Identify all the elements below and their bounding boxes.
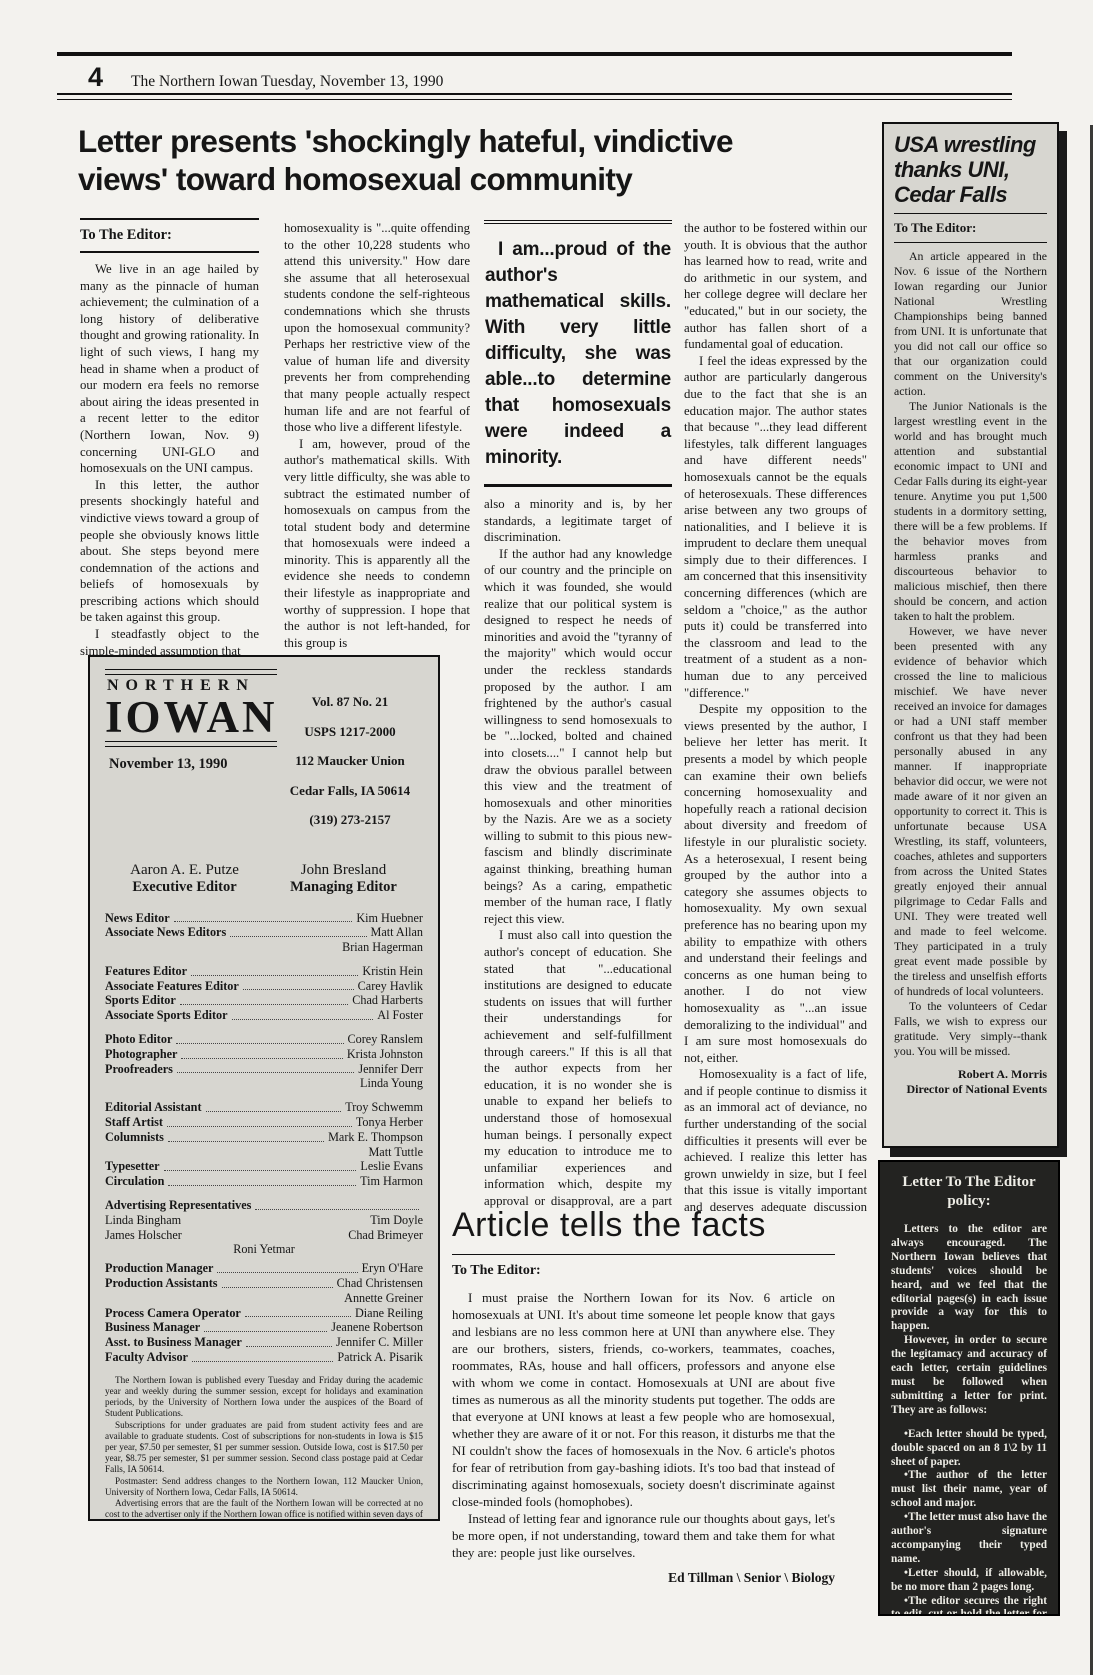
paragraph: To the volunteers of Cedar Falls, we wis… — [894, 999, 1047, 1059]
paragraph: I am, however, proud of the author's mat… — [284, 436, 470, 652]
main-headline: Letter presents 'shockingly hateful, vin… — [78, 122, 823, 198]
staff-role: Advertising Representatives — [105, 1198, 251, 1213]
staff-role: Business Manager — [105, 1320, 200, 1335]
staff-row: Linda Young — [105, 1076, 423, 1091]
policy-bullet: •The letter must also have the author's … — [891, 1511, 1047, 1567]
leader-line — [230, 936, 366, 937]
staff-name: Patrick A. Pisarik — [337, 1350, 423, 1365]
policy-title: Letter To The Editor policy: — [891, 1173, 1047, 1211]
divider — [452, 1254, 835, 1255]
leader-line — [168, 1185, 356, 1186]
staff-row: Production AssistantsChad Christensen — [105, 1276, 423, 1291]
staff-row: CirculationTim Harmon — [105, 1174, 423, 1189]
fine-print-paragraph: Postmaster: Send address changes to the … — [105, 1476, 423, 1498]
facts-letter: Article tells the facts To The Editor: I… — [452, 1206, 835, 1587]
staff-row: Matt Tuttle — [105, 1145, 423, 1160]
leader-line — [206, 1111, 342, 1112]
staff-name: Matt Allan — [371, 925, 423, 940]
staff-role: News Editor — [105, 911, 170, 926]
ad-rep-row: Linda Bingham Tim Doyle — [105, 1213, 423, 1228]
policy-bullet: •Letter should, if allowable, be no more… — [891, 1567, 1047, 1595]
letter-column-3: I am...proud of the author's mathematica… — [484, 220, 672, 1210]
fine-print-paragraph: Subscriptions for under graduates are pa… — [105, 1420, 423, 1476]
staff-name: Linda Young — [360, 1076, 423, 1091]
staff-row: ColumnistsMark E. Thompson — [105, 1130, 423, 1145]
wrestling-text: An article appeared in the Nov. 6 issue … — [894, 249, 1047, 1059]
staff-name: Brian Hagerman — [342, 940, 423, 955]
facts-text: I must praise the Northern Iowan for its… — [452, 1289, 835, 1561]
signature-title: Director of National Events — [894, 1082, 1047, 1097]
letter-policy-box: Letter To The Editor policy: Letters to … — [878, 1160, 1060, 1616]
staff-name: Tim Harmon — [360, 1174, 423, 1189]
leader-line — [217, 1272, 357, 1273]
paragraph: However, in order to secure the legitama… — [891, 1334, 1047, 1417]
logo-iowan: IOWAN — [105, 695, 277, 739]
masthead-top: NORTHERN IOWAN November 13, 1990 Vol. 87… — [105, 669, 423, 842]
leader-line — [191, 975, 358, 976]
paragraph: Instead of letting fear and ignorance ru… — [452, 1510, 835, 1561]
newspaper-logo: NORTHERN IOWAN November 13, 1990 — [105, 669, 277, 842]
edition-line: The Northern Iowan Tuesday, November 13,… — [131, 73, 443, 91]
staff-name: Matt Tuttle — [368, 1145, 423, 1160]
staff-row: Sports EditorChad Harberts — [105, 993, 423, 1008]
letter-column-2: homosexuality is "...quite offending to … — [284, 220, 470, 672]
salutation: To The Editor: — [452, 1263, 835, 1279]
leader-line — [246, 1346, 332, 1347]
staff-name: Annette Greiner — [344, 1291, 423, 1306]
paragraph: We live in an age hailed by many as the … — [80, 261, 259, 477]
paragraph: I must also call into question the autho… — [484, 927, 672, 1210]
leader-line — [177, 1072, 354, 1073]
page-header: 4 The Northern Iowan Tuesday, November 1… — [88, 62, 443, 93]
staff-role: Production Manager — [105, 1261, 213, 1276]
paragraph: An article appeared in the Nov. 6 issue … — [894, 249, 1047, 399]
leader-line — [255, 1209, 419, 1210]
contact-line: Vol. 87 No. 21 — [277, 694, 423, 711]
contact-lines: Vol. 87 No. 21USPS 1217-2000112 Maucker … — [277, 694, 423, 829]
staff-role: Production Assistants — [105, 1276, 218, 1291]
paragraph: In this letter, the author presents shoc… — [80, 477, 259, 626]
facts-headline: Article tells the facts — [452, 1206, 835, 1244]
paragraph: I must praise the Northern Iowan for its… — [452, 1289, 835, 1510]
divider — [894, 213, 1047, 214]
wrestling-headline: USA wrestling thanks UNI, Cedar Falls — [894, 132, 1047, 207]
staff-name: Carey Havlik — [358, 979, 423, 994]
staff-row: Associate Sports EditorAl Foster — [105, 1008, 423, 1023]
staff-role: Typesetter — [105, 1159, 160, 1174]
staff-role: Columnists — [105, 1130, 164, 1145]
leader-line — [174, 921, 353, 922]
letter-column-4: the author to be fostered within our you… — [684, 220, 867, 1212]
staff-row: Asst. to Business ManagerJennifer C. Mil… — [105, 1335, 423, 1350]
paragraph: Homosexuality is a fact of life, and if … — [684, 1066, 867, 1212]
fine-print-paragraph: The Northern Iowan is published every Tu… — [105, 1375, 423, 1420]
column-2-text: homosexuality is "...quite offending to … — [284, 220, 470, 651]
masthead-contact: Vol. 87 No. 21USPS 1217-2000112 Maucker … — [277, 669, 423, 842]
policy-bullet: •The author of the letter must list thei… — [891, 1469, 1047, 1511]
letter-column-1: To The Editor: We live in an age hailed … — [80, 218, 259, 660]
staff-role: Associate Sports Editor — [105, 1008, 228, 1023]
folio-rule — [57, 93, 1012, 100]
ad-rep-name: James Holscher — [105, 1228, 182, 1243]
paragraph: However, we have never been presented wi… — [894, 624, 1047, 999]
staff-role: Asst. to Business Manager — [105, 1335, 242, 1350]
executive-editor: Aaron A. E. Putze Executive Editor — [105, 862, 264, 896]
ad-rep-name: Linda Bingham — [105, 1213, 181, 1228]
paragraph: homosexuality is "...quite offending to … — [284, 220, 470, 436]
ad-rep-name: Tim Doyle — [370, 1213, 423, 1228]
staff-name: Al Foster — [377, 1008, 423, 1023]
paragraph: If the author had any knowledge of our c… — [484, 546, 672, 928]
leader-line — [192, 1361, 333, 1362]
fine-print-paragraph: Advertising errors that are the fault of… — [105, 1498, 423, 1521]
staff-role: Process Camera Operator — [105, 1306, 241, 1321]
divider — [894, 242, 1047, 243]
staff-list: Production ManagerEryn O'HareProduction … — [105, 1261, 423, 1365]
staff-name: Corey Ranslem — [348, 1032, 423, 1047]
staff-row: Business ManagerJeanene Robertson — [105, 1320, 423, 1335]
salutation: To The Editor: — [80, 218, 259, 253]
staff-row: PhotographerKrista Johnston — [105, 1047, 423, 1062]
staff-row: Advertising Representatives — [105, 1198, 423, 1213]
staff-row: Associate Features EditorCarey Havlik — [105, 979, 423, 994]
ad-rep-row: James Holscher Chad Brimeyer — [105, 1228, 423, 1243]
leader-line — [222, 1287, 333, 1288]
leader-line — [232, 1019, 374, 1020]
staff-name: Mark E. Thompson — [328, 1130, 423, 1145]
column-3-text: also a minority and is, by her standards… — [484, 496, 672, 1210]
contact-line: 112 Maucker Union — [277, 753, 423, 770]
leader-line — [168, 1141, 324, 1142]
editor-title: Managing Editor — [264, 879, 423, 896]
leader-line — [164, 1170, 357, 1171]
policy-bullet: •Each letter should be typed, double spa… — [891, 1428, 1047, 1470]
editor-name: John Bresland — [264, 862, 423, 879]
staff-row: Editorial AssistantTroy Schwemm — [105, 1100, 423, 1115]
staff-row: Production ManagerEryn O'Hare — [105, 1261, 423, 1276]
staff-name: Jennifer C. Miller — [336, 1335, 423, 1350]
column-1-text: We live in an age hailed by many as the … — [80, 261, 259, 659]
policy-bullet: •The editor secures the right to edit, c… — [891, 1595, 1047, 1616]
editor-title: Executive Editor — [105, 879, 264, 896]
staff-row: Associate News EditorsMatt Allan — [105, 925, 423, 940]
contact-line: (319) 273-2157 — [277, 812, 423, 829]
staff-role: Editorial Assistant — [105, 1100, 202, 1115]
staff-row: Process Camera OperatorDiane Reiling — [105, 1306, 423, 1321]
staff-name: Kristin Hein — [362, 964, 423, 979]
staff-name: Leslie Evans — [360, 1159, 423, 1174]
paragraph: the author to be fostered within our you… — [684, 220, 867, 353]
masthead-box: NORTHERN IOWAN November 13, 1990 Vol. 87… — [88, 655, 440, 1521]
paragraph: The Junior Nationals is the largest wres… — [894, 399, 1047, 624]
policy-text: Letters to the editor are always encoura… — [891, 1223, 1047, 1418]
top-rule — [57, 52, 1012, 56]
staff-name: Eryn O'Hare — [362, 1261, 423, 1276]
wrestling-letter-box: USA wrestling thanks UNI, Cedar Falls To… — [882, 122, 1059, 1148]
staff-row: ProofreadersJennifer Derr — [105, 1062, 423, 1077]
leader-line — [181, 1058, 342, 1059]
staff-row: Annette Greiner — [105, 1291, 423, 1306]
paragraph: Despite my opposition to the views prese… — [684, 701, 867, 1066]
staff-row: Brian Hagerman — [105, 940, 423, 955]
staff-row: Faculty AdvisorPatrick A. Pisarik — [105, 1350, 423, 1365]
policy-bullets: •Each letter should be typed, double spa… — [891, 1428, 1047, 1616]
editor-name: Aaron A. E. Putze — [105, 862, 264, 879]
staff-row: TypesetterLeslie Evans — [105, 1159, 423, 1174]
paragraph: Letters to the editor are always encoura… — [891, 1223, 1047, 1334]
signature-name: Robert A. Morris — [894, 1067, 1047, 1082]
staff-role: Features Editor — [105, 964, 187, 979]
staff-role: Faculty Advisor — [105, 1350, 188, 1365]
staff-name: Diane Reiling — [355, 1306, 423, 1321]
salutation: To The Editor: — [894, 220, 1047, 236]
paragraph: I feel the ideas expressed by the author… — [684, 353, 867, 701]
contact-line: Cedar Falls, IA 50614 — [277, 783, 423, 800]
leader-line — [245, 1316, 351, 1317]
staff-role: Sports Editor — [105, 993, 176, 1008]
staff-role: Photographer — [105, 1047, 177, 1062]
newspaper-page: 4 The Northern Iowan Tuesday, November 1… — [0, 0, 1093, 1675]
staff-role: Circulation — [105, 1174, 164, 1189]
staff-row: News EditorKim Huebner — [105, 911, 423, 926]
leader-line — [243, 989, 354, 990]
ad-rep-name: Chad Brimeyer — [348, 1228, 423, 1243]
fine-print: The Northern Iowan is published every Tu… — [105, 1375, 423, 1521]
leader-line — [204, 1331, 327, 1332]
masthead-date: November 13, 1990 — [105, 756, 277, 773]
editors-row: Aaron A. E. Putze Executive Editor John … — [105, 862, 423, 896]
staff-role: Proofreaders — [105, 1062, 173, 1077]
staff-name: Tonya Herber — [356, 1115, 423, 1130]
staff-role: Photo Editor — [105, 1032, 172, 1047]
signature-block: Ed Tillman \ Senior \ Biology — [452, 1569, 835, 1587]
managing-editor: John Bresland Managing Editor — [264, 862, 423, 896]
staff-row: Staff ArtistTonya Herber — [105, 1115, 423, 1130]
staff-row: Photo EditorCorey Ranslem — [105, 1032, 423, 1047]
column-4-text: the author to be fostered within our you… — [684, 220, 867, 1212]
contact-line: USPS 1217-2000 — [277, 724, 423, 741]
staff-name: Chad Harberts — [352, 993, 423, 1008]
staff-name: Jennifer Derr — [358, 1062, 423, 1077]
ad-rep-name: Roni Yetmar — [105, 1242, 423, 1257]
leader-line — [176, 1043, 343, 1044]
staff-name: Troy Schwemm — [345, 1100, 423, 1115]
page-number: 4 — [88, 62, 103, 93]
staff-role: Associate News Editors — [105, 925, 226, 940]
staff-role: Associate Features Editor — [105, 979, 239, 994]
leader-line — [167, 1126, 352, 1127]
paragraph: also a minority and is, by her standards… — [484, 496, 672, 546]
staff-name: Kim Huebner — [356, 911, 423, 926]
leader-line — [180, 1004, 349, 1005]
staff-row: Features EditorKristin Hein — [105, 964, 423, 979]
pull-quote: I am...proud of the author's mathematica… — [484, 220, 672, 487]
staff-list: News EditorKim HuebnerAssociate News Edi… — [105, 911, 423, 1213]
staff-name: Jeanene Robertson — [331, 1320, 423, 1335]
signature-block: Robert A. Morris Director of National Ev… — [894, 1067, 1047, 1097]
staff-role: Staff Artist — [105, 1115, 163, 1130]
staff-name: Chad Christensen — [337, 1276, 423, 1291]
staff-name: Krista Johnston — [347, 1047, 423, 1062]
